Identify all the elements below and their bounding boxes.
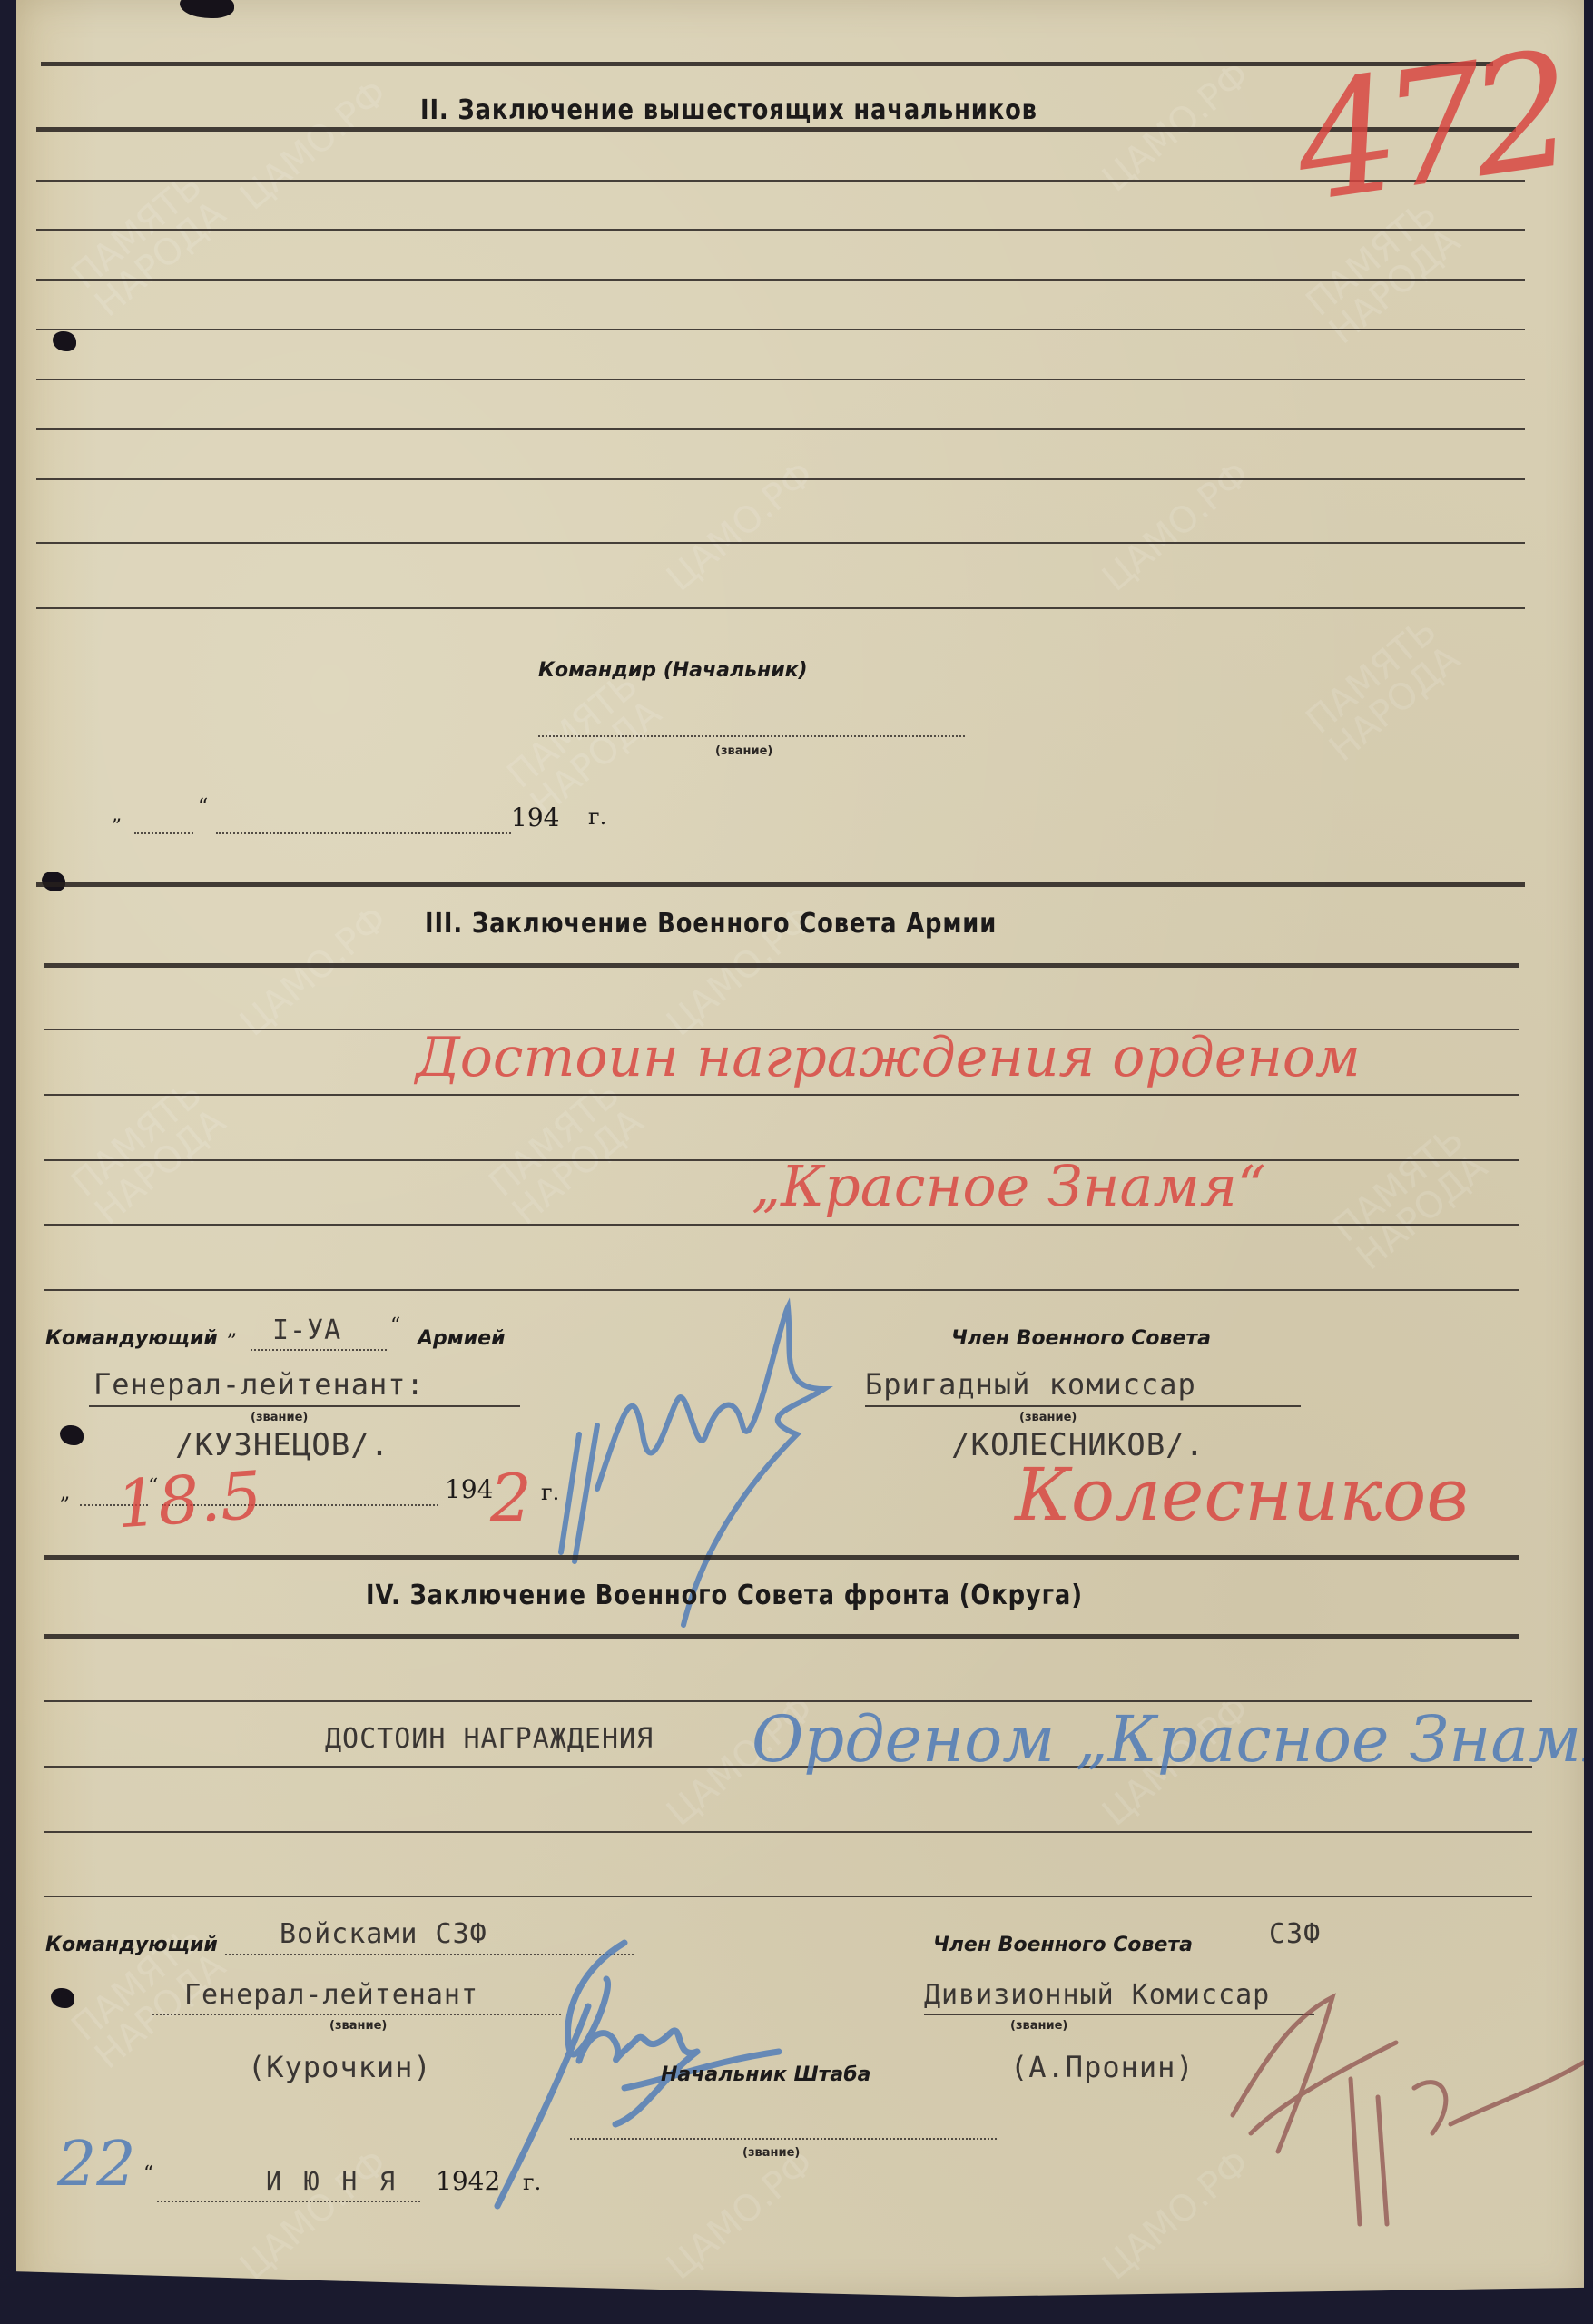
watermark-project: ПАМЯТЬНАРОДА [483, 1075, 649, 1231]
punch-hole [60, 1425, 84, 1445]
divider [44, 963, 1519, 968]
army-name: I-УА [272, 1315, 341, 1346]
commander-label: Командир (Начальник) [538, 659, 808, 682]
date-month-field [216, 832, 511, 834]
blank-line [36, 379, 1525, 380]
blank-line [36, 229, 1525, 231]
punch-hole [51, 1988, 74, 2008]
front-commander-name: (Курочкин) [248, 2050, 432, 2084]
front-commander-label: Командующий [45, 1934, 218, 1956]
watermark-archive: ЦАМО.РФ [234, 74, 394, 216]
date-close-quote: “ [143, 2162, 153, 2185]
date-open-quote: „ [60, 1482, 70, 1504]
date-year-prefix: 194 [511, 803, 559, 832]
front-commander-rank: Генерал-лейтенант [184, 1979, 478, 2011]
army-commander-signature [525, 1253, 888, 1634]
rank-line [89, 1405, 520, 1407]
army-label: Армией [418, 1327, 506, 1350]
document-page: ЦАМО.РФ ЦАМО.РФ ЦАМО.РФ ЦАМО.РФ ЦАМО.РФ … [16, 0, 1584, 2297]
front-council-member-signature [1214, 1961, 1593, 2233]
divider [36, 882, 1525, 887]
rank-line [865, 1405, 1301, 1407]
date-year-prefix: 194 [445, 1474, 493, 1504]
front-commander-unit: Войсками СЗФ [280, 1918, 487, 1950]
divider [41, 62, 1493, 66]
date-day-field [134, 832, 193, 834]
watermark-project: ПАМЯТЬНАРОДА [1300, 612, 1466, 768]
front-council-handwritten-conclusion: Орденом „Красное Знамя“ [752, 1702, 1593, 1777]
army-council-conclusion-line1: Достоин награждения орденом [416, 1026, 1361, 1089]
divider [44, 1555, 1519, 1560]
front-council-typed-conclusion: ДОСТОИН НАГРАЖДЕНИЯ [325, 1723, 654, 1755]
rank-caption: (звание) [329, 2019, 387, 2033]
registry-number: 472 [1284, 19, 1572, 239]
rank-signature-line [538, 735, 965, 737]
rank-caption: (звание) [1019, 1411, 1077, 1424]
handwritten-date: 18.5 [113, 1457, 264, 1543]
front-council-member-name: (А.Пронин) [1010, 2050, 1195, 2084]
punch-hole [180, 0, 234, 18]
watermark-project: ПАМЯТЬНАРОДА [1327, 1120, 1493, 1276]
watermark-archive: ЦАМО.РФ [661, 456, 821, 597]
army-commander-rank: Генерал-лейтенант: [93, 1367, 425, 1402]
blank-line [44, 1831, 1532, 1833]
watermark-archive: ЦАМО.РФ [1096, 456, 1256, 597]
council-member-label: Член Военного Совета [951, 1327, 1211, 1350]
punch-hole [53, 331, 76, 351]
date-month-field [157, 2201, 420, 2202]
date-year-suffix: г. [588, 804, 606, 830]
punch-hole [42, 871, 65, 891]
blank-line [44, 1896, 1532, 1897]
blank-line [44, 1094, 1519, 1096]
rank-caption: (звание) [251, 1411, 308, 1424]
date-open-quote: „ [112, 803, 122, 826]
chief-of-staff-signature-line [570, 2138, 997, 2140]
date-year: 1942 [436, 2166, 500, 2196]
blank-line [44, 1224, 1519, 1226]
army-council-conclusion-line2: „Красное Знамя“ [752, 1153, 1266, 1219]
section-4-heading: IV. Заключение Военного Совета фронта (О… [366, 1580, 1083, 1611]
rank-caption: (звание) [742, 2146, 800, 2160]
blank-line [36, 329, 1525, 330]
date-year-suffix: г. [523, 2170, 541, 2195]
blank-line [36, 478, 1525, 480]
army-commander-name: /КУЗНЕЦОВ/. [175, 1427, 389, 1463]
watermark-project: ПАМЯТЬНАРОДА [65, 1075, 231, 1231]
rank-caption: (звание) [1010, 2019, 1067, 2033]
section-2-heading: II. Заключение вышестоящих начальников [420, 94, 1037, 126]
front-council-member-label: Член Военного Совета [933, 1934, 1193, 1956]
quote: „ [227, 1318, 237, 1341]
section-3-heading: III. Заключение Военного Совета Армии [425, 908, 997, 940]
date-month: И Ю Н Я [266, 2166, 398, 2196]
blank-line [36, 542, 1525, 544]
rank-caption: (звание) [715, 744, 772, 758]
council-member-signature: Колесников [1015, 1452, 1469, 1537]
army-commander-label: Командующий [45, 1327, 218, 1350]
quote: “ [390, 1315, 400, 1337]
army-field [251, 1349, 387, 1351]
front-council-member-unit: СЗФ [1269, 1918, 1321, 1950]
chief-of-staff-label: Начальник Штаба [661, 2063, 870, 2086]
divider [44, 1634, 1519, 1639]
council-member-rank: Бригадный комиссар [865, 1367, 1196, 1402]
watermark-project: ПАМЯТЬНАРОДА [501, 666, 667, 822]
handwritten-day: 22 [57, 2129, 136, 2201]
watermark-archive: ЦАМО.РФ [234, 901, 394, 1042]
watermark-project: ПАМЯТЬНАРОДА [65, 167, 231, 323]
blank-line [36, 428, 1525, 430]
blank-line [36, 607, 1525, 609]
blank-line [36, 279, 1525, 281]
date-close-quote: “ [198, 795, 208, 818]
